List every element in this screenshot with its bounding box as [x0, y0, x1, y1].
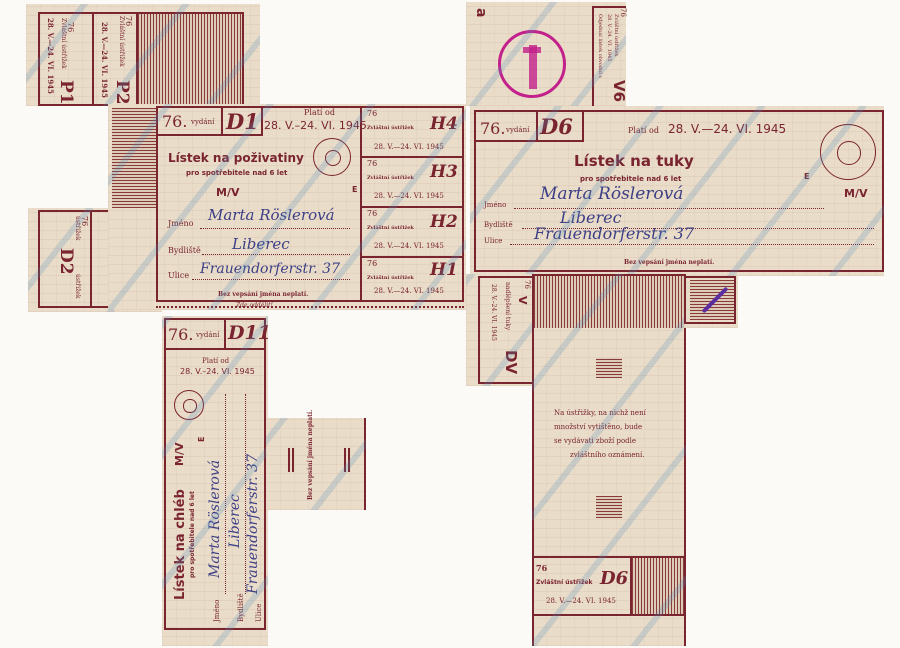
residence-label: Bydliště	[484, 222, 513, 229]
consumer-group: pro spotřebitele nad 6 let	[580, 176, 681, 183]
coupon-edition: 76	[124, 16, 132, 26]
name-label: Jméno	[484, 202, 506, 209]
category-mark: M/V	[216, 187, 239, 198]
not-valid-note: Bez vepsání jména neplatí.	[218, 292, 308, 298]
name-value: Marta Röslerová	[540, 186, 683, 203]
hatched-area	[138, 14, 242, 104]
coupon-strip-p: 76 Zvláštní ústřižek 28. V.—24. VI. 1945…	[26, 4, 260, 106]
coupon-label: Zvláštní ústřižek	[118, 16, 124, 67]
coupon-code-p1: P1	[57, 80, 74, 105]
coupon-label: Zvláštní ústřižek	[367, 226, 414, 231]
category-letter: E	[804, 173, 809, 181]
coupon-dv: 76 V nadlépšení tuky 28. V.–24. VI. 1945…	[466, 274, 538, 386]
coupon-period: 28. V.—24. VI. 1945	[374, 288, 444, 295]
notice-line: zvláštního oznámení.	[570, 452, 645, 459]
category-letter: E	[352, 186, 357, 194]
name-label: Jméno	[168, 220, 194, 228]
card-fats: 76. vydání D6 Platí od 28. V.—24. VI. 19…	[470, 106, 884, 276]
edition-number: 76.	[168, 327, 193, 343]
coupon-label: ústřižek	[74, 216, 80, 241]
coupon-period: 28. V.—24. VI. 1945	[374, 243, 444, 250]
residence-label: Bydliště	[238, 593, 245, 622]
consumer-group: pro spotřebitele nad 6 let	[190, 491, 196, 578]
street-value: Frauendorferstr. 37	[246, 454, 260, 594]
name-value: Marta Röslerová	[208, 208, 335, 223]
card-title: Lístek na poživatiny	[168, 152, 304, 164]
residence-value: Liberec	[232, 237, 290, 252]
card-title: Lístek na chléb	[174, 489, 187, 600]
ministry-seal	[174, 390, 204, 420]
residence-label: Bydliště	[168, 247, 201, 255]
bread-card-flap: Bez vepsání jména neplatí.	[266, 418, 366, 510]
not-valid-note: Bez vepsání jména neplatí.	[308, 410, 314, 500]
consumer-group: pro spotřebitele nad 6 let	[186, 170, 287, 177]
hatched-square	[596, 496, 622, 518]
not-valid-note: Bez vepsání jména neplatí.	[624, 260, 714, 266]
category-mark: M/V	[174, 443, 185, 466]
coupon-code-d6: D6	[600, 570, 628, 588]
coupon-label: Zvláštní ústřižek	[613, 14, 618, 56]
edition-number: 76.	[162, 114, 187, 130]
validity-period: 28. V.–24. VI. 1945	[264, 120, 367, 131]
validity-label: Platí od	[202, 358, 229, 365]
category-mark: M/V	[844, 188, 867, 199]
notice-line: množství vytištěno, bude	[554, 424, 642, 431]
card-bread: 76. vydání D11 Platí od 28. V.–24. VI. 1…	[162, 316, 268, 646]
coupon-code-h2: H2	[430, 214, 458, 231]
coupon-v6: a 76 Zvláštní ústřižek 28. V.–24. VI. 19…	[466, 2, 626, 106]
coupon-edition: 76	[367, 210, 377, 218]
card-code: D1	[226, 111, 259, 132]
street-label: Ulice	[168, 272, 189, 280]
coupon-edition: 76	[523, 280, 530, 289]
edition-word: vydání	[506, 127, 529, 134]
coupon-period: 28. V.—24. VI. 1945	[374, 193, 444, 200]
coupon-code-d2: D2	[57, 248, 74, 275]
hatched-area	[534, 276, 684, 328]
street-value: Frauendorferstr. 37	[534, 226, 694, 242]
coupon-period: 28. V.—24. VI. 1945	[374, 144, 444, 151]
coupon-label: nadlépšení tuky	[504, 282, 510, 330]
category-letter: E	[198, 437, 206, 442]
coupon-label: Zvláštní ústřižek	[536, 580, 593, 586]
name-value: Marta Röslerová	[208, 460, 222, 578]
validity-period: 28. V.–24. VI. 1945	[180, 368, 255, 376]
coupon-edition: 76	[367, 260, 377, 268]
card-food: 76. vydání D1 Platí od 28. V.–24. VI. 19…	[108, 104, 466, 310]
coupon-edition: 76	[619, 8, 626, 17]
coupon-crossed	[684, 276, 738, 328]
street-label: Ulice	[484, 238, 502, 245]
coupon-note: Odjednal lístek obvodní s	[597, 14, 602, 78]
residence-value: Liberec	[228, 494, 242, 548]
notice-line: se vydávati zboží podle	[554, 438, 636, 445]
coupon-period: 28. V.—24. VI. 1945	[101, 22, 108, 98]
hatched-area	[112, 108, 156, 208]
coupon-edition: 76	[66, 22, 74, 32]
rubber-stamp	[498, 30, 566, 98]
coupon-period: 28. V.–24. VI. 1945	[606, 14, 611, 61]
street-value: Frauendorferstr. 37	[200, 262, 340, 276]
validity-label: Platí od	[628, 127, 659, 135]
coupon-code-v6: V6	[611, 80, 626, 102]
coupon-code-h1: H1	[430, 262, 458, 279]
coupon-code-p2: P2	[113, 80, 130, 105]
coupon-code-dv: DV	[503, 350, 518, 374]
coupon-edition: 76	[80, 216, 88, 226]
coupon-label: Zvláštní ústřižek	[367, 176, 414, 181]
coupon-edition: 76	[367, 110, 377, 118]
coupon-letter: a	[474, 8, 488, 17]
card-code: D6	[540, 116, 573, 137]
coupon-code-h4: H4	[430, 116, 458, 133]
validity-period: 28. V.—24. VI. 1945	[668, 123, 786, 135]
coupon-period: 28. V.–24. VI. 1945	[490, 284, 496, 341]
edition-word: vydání	[196, 332, 219, 339]
perforation	[156, 306, 464, 308]
hatched-square	[596, 358, 622, 378]
name-label: Jméno	[214, 600, 221, 622]
coupon-letter: V	[517, 296, 528, 305]
card-title: Lístek na tuky	[574, 154, 694, 169]
coupon-label: Zvláštní ústřižek	[60, 18, 66, 69]
coupon-label: ústřižek	[74, 274, 80, 299]
cut-here-label: Zde oddělit!	[236, 303, 273, 309]
hatched-area	[632, 558, 684, 614]
card-code: D11	[228, 324, 271, 343]
ministry-seal	[313, 138, 351, 176]
coupon-label: Zvláštní ústřižek	[367, 276, 414, 281]
coupon-edition: 76	[367, 160, 377, 168]
street-label: Ulice	[256, 604, 263, 622]
edition-word: vydání	[191, 119, 214, 126]
coupon-edition: 76	[536, 564, 547, 572]
edition-number: 76.	[480, 121, 505, 137]
coupon-column-d6: Na ústřižky, na nichž není množství vyti…	[532, 274, 686, 646]
notice-line: Na ústřižky, na nichž není	[554, 410, 646, 417]
coupon-period: 28. V.—24. VI. 1945	[546, 598, 616, 605]
coupon-label: Zvláštní ústřižek	[367, 126, 414, 131]
watermark	[266, 418, 366, 510]
coupon-code-h3: H3	[430, 164, 458, 181]
ministry-seal	[820, 124, 876, 180]
coupon-period: 28. V.—24. VI. 1945	[47, 18, 54, 94]
validity-label: Platí od	[304, 109, 335, 117]
